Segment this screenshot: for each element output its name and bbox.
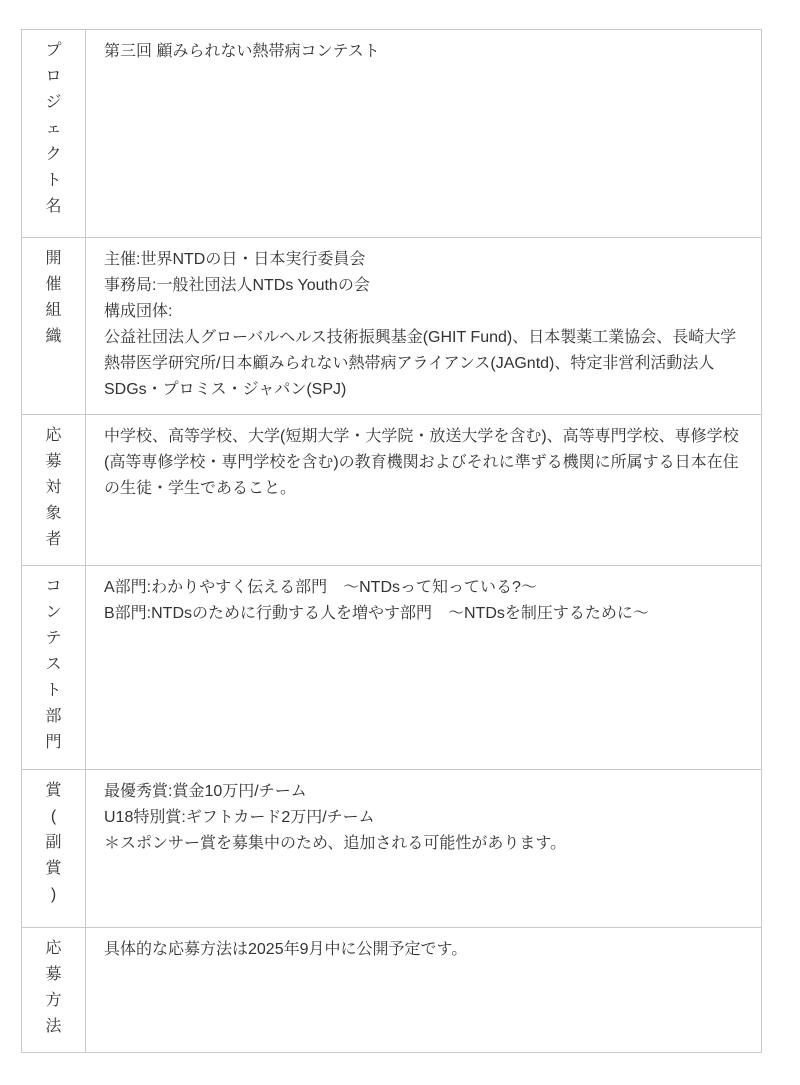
table-row-prizes: 賞 ( 副 賞 ) 最優秀賞:賞金10万円/チーム U18特別賞:ギフトカード2… (22, 770, 762, 928)
table-row-organizers: 開 催 組 織 主催:世界NTDの日・日本実行委員会 事務局:一般社団法人NTD… (22, 238, 762, 415)
row-label-categories: コ ン テ ス ト 部 門 (22, 566, 86, 770)
table-row-eligibility: 応 募 対 象 者 中学校、高等学校、大学(短期大学・大学院・放送大学を含む)、… (22, 415, 762, 566)
contest-info-table: プ ロ ジ ェ ク ト 名 第三回 顧みられない熱帯病コンテスト 開 催 組 織… (21, 29, 762, 1053)
row-content-prizes: 最優秀賞:賞金10万円/チーム U18特別賞:ギフトカード2万円/チーム ＊スポ… (86, 770, 762, 928)
row-label-eligibility: 応 募 対 象 者 (22, 415, 86, 566)
row-label-how-to-apply: 応 募 方 法 (22, 928, 86, 1053)
row-label-project-name: プ ロ ジ ェ ク ト 名 (22, 30, 86, 238)
page: プ ロ ジ ェ ク ト 名 第三回 顧みられない熱帯病コンテスト 開 催 組 織… (0, 0, 800, 1053)
table-row-project-name: プ ロ ジ ェ ク ト 名 第三回 顧みられない熱帯病コンテスト (22, 30, 762, 238)
row-content-organizers: 主催:世界NTDの日・日本実行委員会 事務局:一般社団法人NTDs Youthの… (86, 238, 762, 415)
row-content-categories: A部門:わかりやすく伝える部門 〜NTDsって知っている?〜 B部門:NTDsの… (86, 566, 762, 770)
row-content-eligibility: 中学校、高等学校、大学(短期大学・大学院・放送大学を含む)、高等専門学校、専修学… (86, 415, 762, 566)
table-row-categories: コ ン テ ス ト 部 門 A部門:わかりやすく伝える部門 〜NTDsって知って… (22, 566, 762, 770)
row-content-project-name: 第三回 顧みられない熱帯病コンテスト (86, 30, 762, 238)
row-label-prizes: 賞 ( 副 賞 ) (22, 770, 86, 928)
row-label-organizers: 開 催 組 織 (22, 238, 86, 415)
row-content-how-to-apply: 具体的な応募方法は2025年9月中に公開予定です。 (86, 928, 762, 1053)
table-row-how-to-apply: 応 募 方 法 具体的な応募方法は2025年9月中に公開予定です。 (22, 928, 762, 1053)
